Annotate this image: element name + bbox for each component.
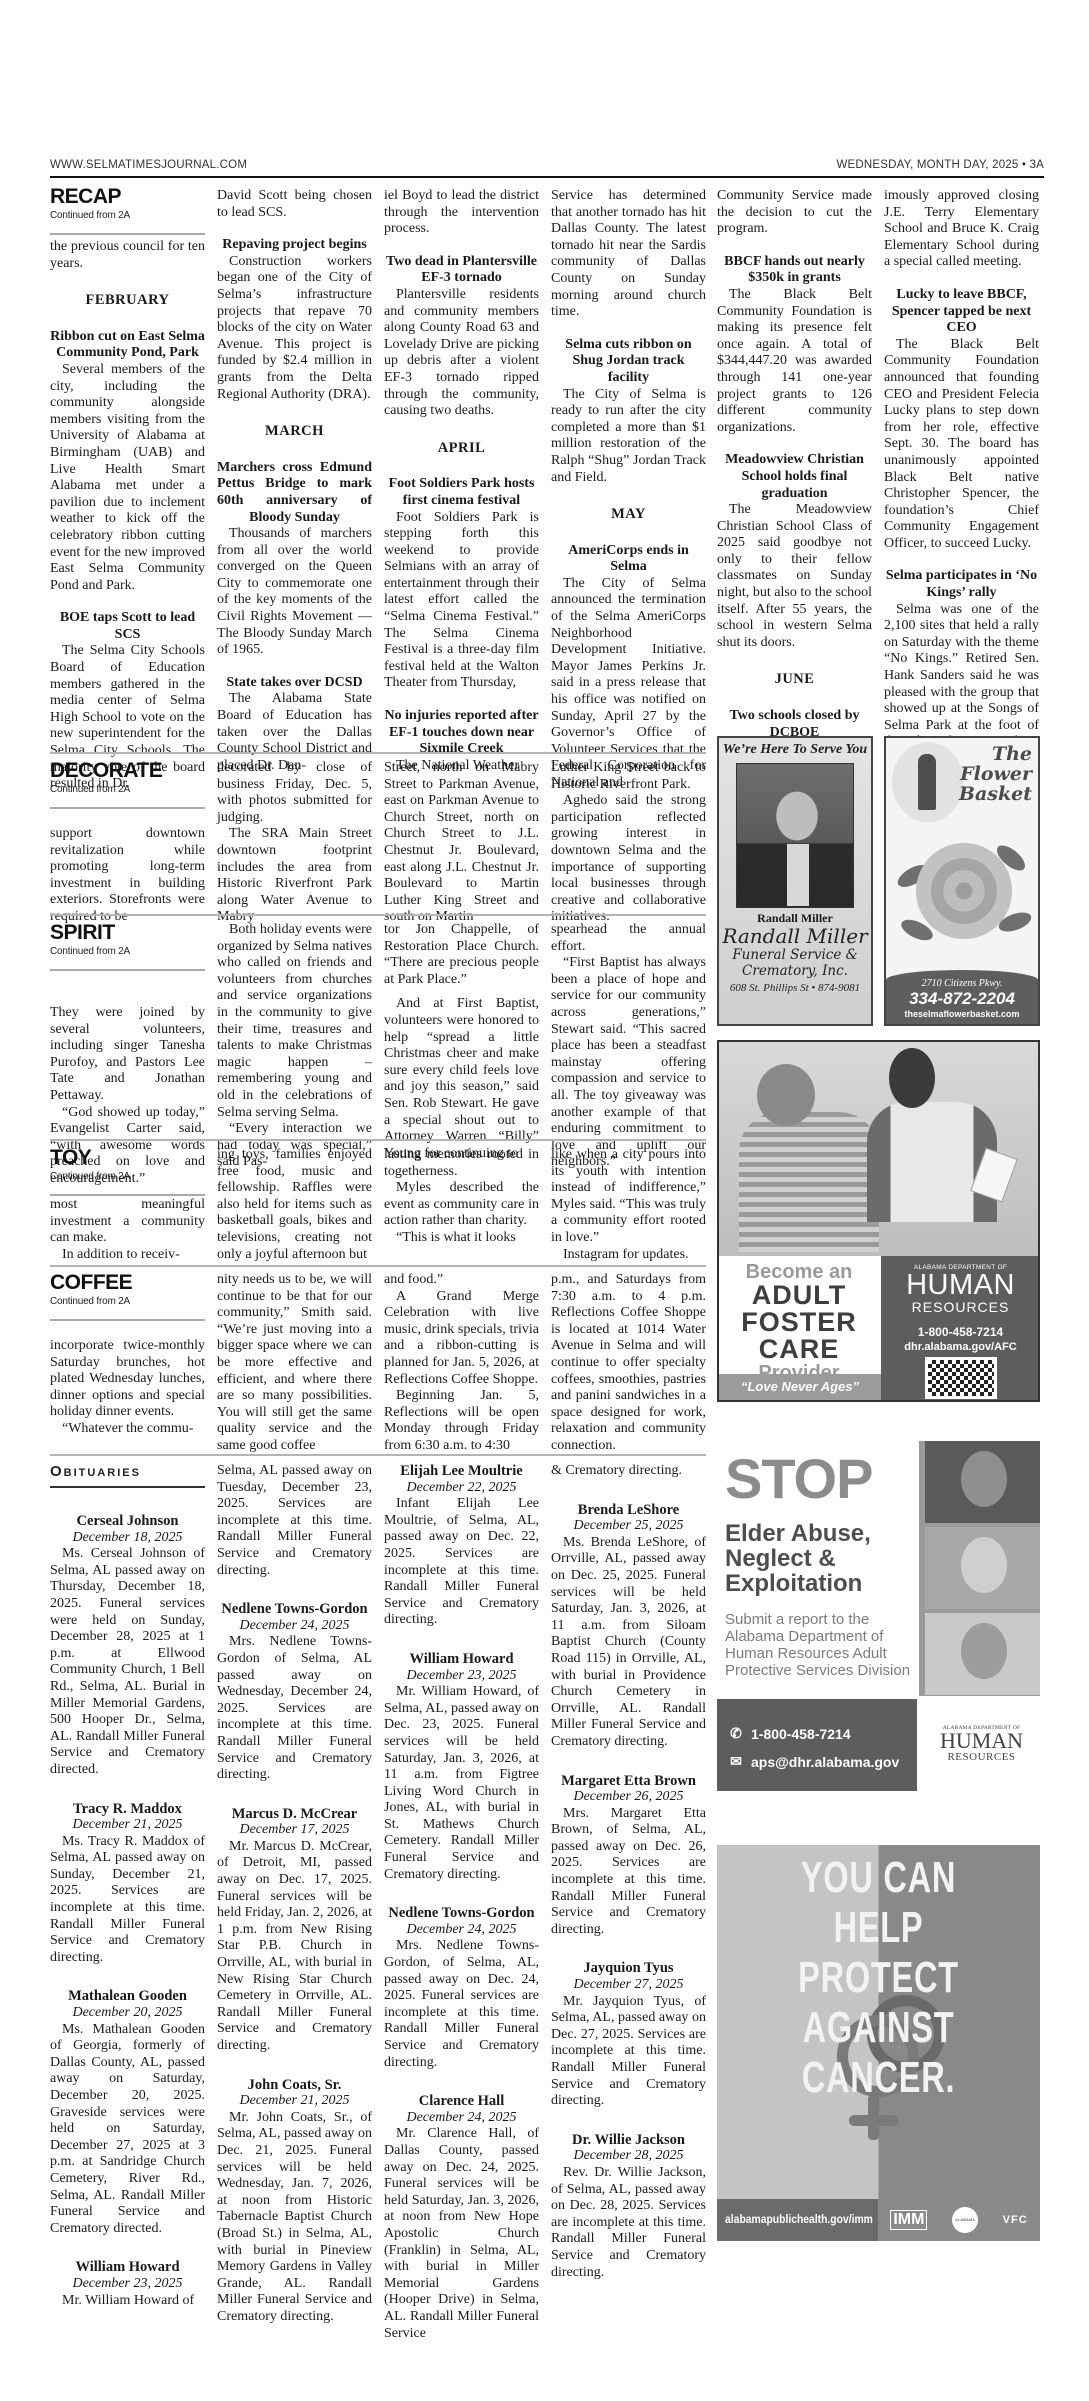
divider bbox=[50, 1319, 205, 1321]
continued-label: Continued from 2A bbox=[50, 210, 205, 221]
section-divider bbox=[50, 914, 706, 916]
ad-brand-name: Randall Miller bbox=[719, 926, 871, 947]
article-text: Plantersville residents and community me… bbox=[384, 287, 539, 420]
coffee-column-4: p.m., and Saturdays from 7:30 a.m. to 4 … bbox=[551, 1272, 706, 1455]
recap-column-6: imously approved closing J.E. Terry Elem… bbox=[884, 188, 1039, 751]
decorate-column-4: Luther King Street back to Historic Rive… bbox=[551, 760, 706, 926]
coffee-column-2: nity needs us to be, we will continue to… bbox=[217, 1272, 372, 1455]
article-text: imously approved closing J.E. Terry Elem… bbox=[884, 188, 1039, 271]
story-headline: Foot Soldiers Park hosts first cinema fe… bbox=[384, 476, 539, 509]
ad-tagline: We’re Here To Serve You bbox=[719, 742, 871, 758]
recap-column-1: the previous council for ten years. FEBR… bbox=[50, 239, 205, 793]
article-text: like when a city pours into its youth wi… bbox=[551, 1147, 706, 1247]
spirit-column-3: tor Jon Chappelle, of Restoration Place … bbox=[384, 922, 539, 1162]
phone-icon: ✆ bbox=[727, 1725, 745, 1742]
article-text: decorated by close of business Friday, D… bbox=[217, 760, 372, 826]
ad-headline: Elder Abuse, Neglect & Exploitation bbox=[725, 1521, 915, 1596]
article-text: Street, north on Mabry Street to Parkman… bbox=[384, 760, 539, 926]
divider bbox=[50, 233, 205, 235]
obituary-entry: Nedlene Towns-Gordon December 24, 2025 M… bbox=[384, 1905, 539, 2071]
article-text: the previous council for ten years. bbox=[50, 239, 205, 272]
article-text: Construction workers began one of the Ci… bbox=[217, 254, 372, 403]
toy-column-2: ing toys, families enjoyed free food, mu… bbox=[217, 1147, 372, 1263]
month-heading: APRIL bbox=[384, 440, 539, 457]
article-text: A Grand Merge Celebration with live musi… bbox=[384, 1289, 539, 1389]
ad-stop-elder-abuse[interactable]: STOP Elder Abuse, Neglect & Exploitation… bbox=[717, 1441, 1040, 1839]
toy-column-1: most meaningful investment a community c… bbox=[50, 1197, 205, 1263]
story-headline: Lucky to leave BBCF, Spencer tapped be n… bbox=[884, 287, 1039, 337]
obituary-text: Mr. John Coats, Sr., of Selma, AL, passe… bbox=[217, 2110, 372, 2326]
month-heading: MAY bbox=[551, 506, 706, 523]
article-text: Both holiday events were organized by Se… bbox=[217, 922, 372, 1121]
obituary-text: Mrs. Nedlene Towns-Gordon, of Selma, AL,… bbox=[384, 1938, 539, 2071]
obituary-entry: William Howard December 23, 2025 Mr. Wil… bbox=[384, 1651, 539, 1883]
month-heading: MARCH bbox=[217, 423, 372, 440]
article-text: Aghedo said the strong participation ref… bbox=[551, 793, 706, 926]
ad-phone: 334-872-2204 bbox=[886, 989, 1038, 1009]
story-headline: Repaving project begins bbox=[217, 237, 372, 254]
title-line: Flower bbox=[952, 764, 1032, 784]
article-text: Thousands of marchers from all over the … bbox=[217, 526, 372, 659]
obituary-text: Selma, AL passed away on Tuesday, Decemb… bbox=[217, 1463, 372, 1579]
obituary-date: December 22, 2025 bbox=[384, 1480, 539, 1497]
coffee-column-3: and food.” A Grand Merge Celebration wit… bbox=[384, 1272, 539, 1455]
obituary-date: December 26, 2025 bbox=[551, 1789, 706, 1806]
obituary-entry: Brenda LeShore December 25, 2025 Ms. Bre… bbox=[551, 1502, 706, 1751]
obituary-text: Mrs. Nedlene Towns-Gordon of Selma, AL p… bbox=[217, 1634, 372, 1783]
dhr-panel: ALABAMA DEPARTMENT OF HUMAN RESOURCES 1-… bbox=[881, 1256, 1040, 1402]
spirit-kicker: SPIRIT bbox=[50, 922, 205, 944]
continued-label: Continued from 2A bbox=[50, 784, 205, 795]
ad-title: The Flower Basket bbox=[952, 744, 1032, 804]
story-headline: Selma participates in ‘No Kings’ rally bbox=[884, 568, 1039, 601]
coffee-jump-head: COFFEE Continued from 2A bbox=[50, 1272, 205, 1321]
obituary-entry: John Coats, Sr. December 21, 2025 Mr. Jo… bbox=[217, 2077, 372, 2326]
obituary-date: December 18, 2025 bbox=[50, 1530, 205, 1547]
story-headline: State takes over DCSD bbox=[217, 675, 372, 692]
ad-website[interactable]: theselmaflowerbasket.com bbox=[886, 1009, 1038, 1019]
obituary-date: December 20, 2025 bbox=[50, 2005, 205, 2022]
divider bbox=[50, 969, 205, 971]
section-divider bbox=[50, 1139, 706, 1141]
decorate-jump-head: DECORATE Continued from 2A bbox=[50, 760, 205, 809]
headline-line: FOSTER bbox=[719, 1309, 879, 1336]
article-text: incorporate twice-monthly Saturday brunc… bbox=[50, 1338, 205, 1421]
article-text: Several members of the city, including t… bbox=[50, 362, 205, 594]
female-symbol-bar bbox=[849, 2115, 899, 2126]
coffee-column-1: incorporate twice-monthly Saturday brunc… bbox=[50, 1338, 205, 1438]
deceased-name: Cerseal Johnson bbox=[50, 1513, 205, 1530]
decorate-kicker: DECORATE bbox=[50, 760, 205, 782]
article-text: p.m., and Saturdays from 7:30 a.m. to 4 … bbox=[551, 1272, 706, 1455]
article-text: In addition to receiv- bbox=[50, 1247, 205, 1264]
qr-code-icon[interactable] bbox=[925, 1357, 997, 1399]
obituaries-column-2: Selma, AL passed away on Tuesday, Decemb… bbox=[217, 1463, 372, 2326]
headline-line: CARE bbox=[719, 1336, 879, 1363]
site-url[interactable]: WWW.SELMATIMESJOURNAL.COM bbox=[50, 159, 247, 171]
deceased-name: Nedlene Towns-Gordon bbox=[384, 1905, 539, 1922]
dhr-logo-human: HUMAN bbox=[881, 1271, 1040, 1299]
month-heading: FEBRUARY bbox=[50, 292, 205, 309]
obituary-date: December 24, 2025 bbox=[217, 1618, 372, 1635]
ad-cancer-prevention[interactable]: YOU CAN HELP PROTECT AGAINST CANCER. ala… bbox=[717, 1845, 1040, 2241]
headline-line: PROTECT AGAINST bbox=[759, 1953, 998, 2053]
story-headline: BBCF hands out nearly $350k in grants bbox=[717, 254, 872, 287]
continued-label: Continued from 2A bbox=[50, 1171, 205, 1182]
decorate-column-3: Street, north on Mabry Street to Parkman… bbox=[384, 760, 539, 926]
rose-icon bbox=[916, 843, 1012, 939]
month-heading: JUNE bbox=[717, 671, 872, 688]
ad-website[interactable]: dhr.alabama.gov/AFC bbox=[881, 1341, 1040, 1353]
obituary-date: December 28, 2025 bbox=[551, 2148, 706, 2165]
ad-headline: Become an ADULT FOSTER CARE Provider bbox=[719, 1260, 879, 1378]
public-health-logo-icon: ALABAMA PUBLIC HEALTH bbox=[952, 2207, 978, 2233]
deceased-name: Marcus D. McCrear bbox=[217, 1806, 372, 1823]
ad-website[interactable]: alabamapublichealth.gov/imm bbox=[725, 2214, 870, 2226]
divider bbox=[50, 1194, 205, 1196]
divider bbox=[50, 807, 205, 809]
ad-contact-band: 2710 Citizens Pkwy. 334-872-2204 theselm… bbox=[886, 970, 1038, 1024]
obituary-text: Infant Elijah Lee Moultrie, of Selma, AL… bbox=[384, 1496, 539, 1629]
ad-brand-line: Crematory, Inc. bbox=[719, 963, 871, 979]
article-text: The Black Belt Community Foundation is m… bbox=[717, 287, 872, 436]
article-text: most meaningful investment a community c… bbox=[50, 1197, 205, 1247]
obituary-text: Mr. William Howard of bbox=[50, 2293, 205, 2310]
headline-line: CANCER. bbox=[759, 2053, 998, 2103]
article-text: ing toys, families enjoyed free food, mu… bbox=[217, 1147, 372, 1263]
obituary-entry: Elijah Lee Moultrie December 22, 2025 In… bbox=[384, 1463, 539, 1629]
deceased-name: Mathalean Gooden bbox=[50, 1988, 205, 2005]
article-text: support downtown revitalization while pr… bbox=[50, 826, 205, 926]
recap-column-2: David Scott being chosen to lead SCS. Re… bbox=[217, 188, 372, 774]
imm-logo-icon: IMM bbox=[890, 2210, 927, 2230]
deceased-name: Clarence Hall bbox=[384, 2093, 539, 2110]
ad-address: 608 St. Phillips St • 874-9081 bbox=[719, 982, 871, 994]
deceased-name: Margaret Etta Brown bbox=[551, 1773, 706, 1790]
article-text: spearhead the annual effort. bbox=[551, 922, 706, 955]
ad-flower-basket[interactable]: The Flower Basket 2710 Citizens Pkwy. 33… bbox=[884, 736, 1040, 1026]
article-text: Myles described the event as community c… bbox=[384, 1180, 539, 1230]
recap-kicker: RECAP bbox=[50, 186, 205, 208]
article-text: And at First Baptist, volunteers were ho… bbox=[384, 996, 539, 1162]
obituary-text: Ms. Tracy R. Maddox of Selma, AL passed … bbox=[50, 1834, 205, 1967]
headline-line: YOU CAN HELP bbox=[759, 1853, 998, 1953]
vfc-logo-icon: VFC bbox=[1003, 2214, 1028, 2226]
toy-jump-head: TOY Continued from 2A bbox=[50, 1147, 205, 1196]
headline-line: Become an bbox=[719, 1262, 879, 1282]
article-text: The SRA Main Street downtown footprint i… bbox=[217, 826, 372, 926]
ad-slogan: “Love Never Ages” bbox=[719, 1374, 881, 1400]
story-headline: No injuries reported after EF-1 touches … bbox=[384, 708, 539, 758]
story-headline: Two dead in Plantersville EF-3 tornado bbox=[384, 254, 539, 287]
article-text: Service has determined that another torn… bbox=[551, 188, 706, 321]
story-headline: Selma cuts ribbon on Shug Jordan track f… bbox=[551, 337, 706, 387]
decorate-column-1: support downtown revitalization while pr… bbox=[50, 826, 205, 926]
obituaries-heading: Obituaries bbox=[50, 1463, 205, 1488]
obituary-entry: Nedlene Towns-Gordon December 24, 2025 M… bbox=[217, 1601, 372, 1784]
title-line: The bbox=[952, 744, 1032, 764]
obituary-entry: William Howard December 23, 2025 Mr. Wil… bbox=[50, 2259, 205, 2309]
decorate-column-2: decorated by close of business Friday, D… bbox=[217, 760, 372, 926]
obituary-date: December 25, 2025 bbox=[551, 1518, 706, 1535]
obituary-entry: Jayquion Tyus December 27, 2025 Mr. Jayq… bbox=[551, 1960, 706, 2109]
deceased-name: Tracy R. Maddox bbox=[50, 1801, 205, 1818]
spirit-column-2: Both holiday events were organized by Se… bbox=[217, 922, 372, 1171]
section-divider bbox=[50, 1265, 706, 1267]
obituary-entry: Cerseal Johnson December 18, 2025 Ms. Ce… bbox=[50, 1513, 205, 1779]
ad-phone: 1-800-458-7214 bbox=[881, 1325, 1040, 1339]
ad-brand-line: Funeral Service & bbox=[719, 947, 871, 963]
obituary-text: Mrs. Margaret Etta Brown, of Selma, AL, … bbox=[551, 1806, 706, 1939]
obituary-date: December 27, 2025 bbox=[551, 1977, 706, 1994]
portrait-photo bbox=[736, 763, 854, 908]
page-header: WWW.SELMATIMESJOURNAL.COM WEDNESDAY, MON… bbox=[50, 156, 1044, 178]
recap-column-5: Community Service made the decision to c… bbox=[717, 188, 872, 774]
ad-randall-miller-funeral[interactable]: We’re Here To Serve You Randall Miller R… bbox=[717, 736, 873, 1026]
obituary-text: Mr. Marcus D. McCrear, of Detroit, MI, p… bbox=[217, 1839, 372, 2055]
obituary-text: Ms. Cerseal Johnson of Selma, AL passed … bbox=[50, 1546, 205, 1778]
recap-jump-head: RECAP Continued from 2A bbox=[50, 186, 205, 235]
article-text: Luther King Street back to Historic Rive… bbox=[551, 760, 706, 793]
toy-column-3: lasting memories rooted in togetherness.… bbox=[384, 1147, 539, 1247]
obituaries-column-4: & Crematory directing. Brenda LeShore De… bbox=[551, 1463, 706, 2281]
article-text: nity needs us to be, we will continue to… bbox=[217, 1272, 372, 1455]
deceased-name: Brenda LeShore bbox=[551, 1502, 706, 1519]
article-text: “Whatever the commu- bbox=[50, 1421, 205, 1438]
article-text: and food.” bbox=[384, 1272, 539, 1289]
article-text: The Meadowview Christian School Class of… bbox=[717, 502, 872, 651]
obituary-date: December 21, 2025 bbox=[50, 1817, 205, 1834]
recap-column-4: Service has determined that another torn… bbox=[551, 188, 706, 792]
article-text: lasting memories rooted in togetherness. bbox=[384, 1147, 539, 1180]
obituary-text: Mr. Jayquion Tyus, of Selma, AL, passed … bbox=[551, 1994, 706, 2110]
toy-kicker: TOY bbox=[50, 1147, 205, 1169]
deceased-name: William Howard bbox=[384, 1651, 539, 1668]
article-text: Instagram for updates. bbox=[551, 1247, 706, 1264]
recap-column-3: iel Boyd to lead the district through th… bbox=[384, 188, 539, 774]
article-text: Selma was one of the 2,100 sites that he… bbox=[884, 602, 1039, 751]
obituary-date: December 17, 2025 bbox=[217, 1822, 372, 1839]
dhr-logo: ALABAMA DEPARTMENT OF HUMAN RESOURCES bbox=[923, 1703, 1040, 1791]
toy-column-4: like when a city pours into its youth wi… bbox=[551, 1147, 706, 1263]
dateline: WEDNESDAY, MONTH DAY, 2025 • 3A bbox=[837, 159, 1045, 171]
dhr-logo-resources: RESOURCES bbox=[881, 1299, 1040, 1315]
article-text: Community Service made the decision to c… bbox=[717, 188, 872, 238]
title-line: Basket bbox=[952, 784, 1032, 804]
elder-portraits bbox=[919, 1441, 1040, 1696]
story-headline: Meadowview Christian School holds final … bbox=[717, 452, 872, 502]
deceased-name: William Howard bbox=[50, 2259, 205, 2276]
obituary-entry: Mathalean Gooden December 20, 2025 Ms. M… bbox=[50, 1988, 205, 2237]
ad-adult-foster-care[interactable]: Become an ADULT FOSTER CARE Provider ALA… bbox=[717, 1040, 1040, 1402]
article-text: iel Boyd to lead the district through th… bbox=[384, 188, 539, 238]
article-text: Foot Soldiers Park is stepping forth thi… bbox=[384, 510, 539, 693]
ad-address: 2710 Citizens Pkwy. bbox=[886, 978, 1038, 989]
ad-email[interactable]: aps@dhr.alabama.gov bbox=[751, 1754, 899, 1770]
ad-phone: 1-800-458-7214 bbox=[751, 1726, 851, 1742]
article-text: The Black Belt Community Foundation anno… bbox=[884, 337, 1039, 553]
article-text: “This is what it looks bbox=[384, 1230, 539, 1247]
spirit-jump-head: SPIRIT Continued from 2A bbox=[50, 922, 205, 971]
deceased-name: Dr. Willie Jackson bbox=[551, 2132, 706, 2149]
obituaries-column-1: Cerseal Johnson December 18, 2025 Ms. Ce… bbox=[50, 1513, 205, 2309]
obituary-entry: Clarence Hall December 24, 2025 Mr. Clar… bbox=[384, 2093, 539, 2342]
ad-photo bbox=[719, 1042, 1038, 1256]
ad-headline: YOU CAN HELP PROTECT AGAINST CANCER. bbox=[759, 1853, 998, 2103]
story-headline: BOE taps Scott to lead SCS bbox=[50, 610, 205, 643]
coffee-kicker: COFFEE bbox=[50, 1272, 205, 1294]
ad-contact-panel: ✆ 1-800-458-7214 ✉ aps@dhr.alabama.gov bbox=[717, 1699, 917, 1791]
ad-stop-word: STOP bbox=[725, 1451, 872, 1507]
article-text: tor Jon Chappelle, of Restoration Place … bbox=[384, 922, 539, 988]
story-headline: Marchers cross Edmund Pettus Bridge to m… bbox=[217, 460, 372, 526]
article-text: David Scott being chosen to lead SCS. bbox=[217, 188, 372, 221]
headline-line: ADULT bbox=[719, 1282, 879, 1309]
obituary-entry: Tracy R. Maddox December 21, 2025 Ms. Tr… bbox=[50, 1801, 205, 1967]
obituary-text: & Crematory directing. bbox=[551, 1463, 706, 1480]
obituaries-column-3: Elijah Lee Moultrie December 22, 2025 In… bbox=[384, 1463, 539, 2342]
article-text: They were joined by several volunteers, … bbox=[50, 1005, 205, 1105]
obituary-date: December 24, 2025 bbox=[384, 1922, 539, 1939]
sponsor-logos: IMM ALABAMA PUBLIC HEALTH VFC bbox=[878, 2199, 1040, 2241]
article-text: Beginning Jan. 5, Reflections will be op… bbox=[384, 1388, 539, 1454]
ad-footer: alabamapublichealth.gov/imm IMM ALABAMA … bbox=[717, 2199, 1040, 2241]
obituary-text: Mr. William Howard, of Selma, AL, passed… bbox=[384, 1684, 539, 1883]
obituary-text: Rev. Dr. Willie Jackson, of Selma, AL, p… bbox=[551, 2165, 706, 2281]
section-divider bbox=[50, 1454, 706, 1456]
article-text: The City of Selma is ready to run after … bbox=[551, 387, 706, 487]
continued-label: Continued from 2A bbox=[50, 1296, 205, 1307]
dhr-logo-human: HUMAN bbox=[923, 1731, 1040, 1751]
continued-label: Continued from 2A bbox=[50, 946, 205, 957]
section-divider bbox=[50, 752, 706, 754]
obituary-text: Mr. Clarence Hall, of Dallas County, pas… bbox=[384, 2126, 539, 2342]
obituary-date: December 24, 2025 bbox=[384, 2110, 539, 2127]
obituary-entry: Dr. Willie Jackson December 28, 2025 Rev… bbox=[551, 2132, 706, 2281]
spirit-column-4: spearhead the annual effort. “First Bapt… bbox=[551, 922, 706, 1171]
obituary-entry: Marcus D. McCrear December 17, 2025 Mr. … bbox=[217, 1806, 372, 2055]
story-headline: Ribbon cut on East Selma Community Pond,… bbox=[50, 329, 205, 362]
ad-subtext: Submit a report to the Alabama Departmen… bbox=[725, 1611, 915, 1679]
deceased-name: John Coats, Sr. bbox=[217, 2077, 372, 2094]
obituary-text: Ms. Mathalean Gooden of Georgia, formerl… bbox=[50, 2022, 205, 2238]
obituary-date: December 21, 2025 bbox=[217, 2093, 372, 2110]
deceased-name: Nedlene Towns-Gordon bbox=[217, 1601, 372, 1618]
email-icon: ✉ bbox=[727, 1753, 745, 1770]
deceased-name: Elijah Lee Moultrie bbox=[384, 1463, 539, 1480]
obituary-date: December 23, 2025 bbox=[384, 1668, 539, 1685]
story-headline: AmeriCorps ends in Selma bbox=[551, 543, 706, 576]
obituary-date: December 23, 2025 bbox=[50, 2276, 205, 2293]
deceased-name: Jayquion Tyus bbox=[551, 1960, 706, 1977]
obituary-text: Ms. Brenda LeShore, of Orrville, AL, pas… bbox=[551, 1535, 706, 1751]
obituary-entry: Margaret Etta Brown December 26, 2025 Mr… bbox=[551, 1773, 706, 1939]
